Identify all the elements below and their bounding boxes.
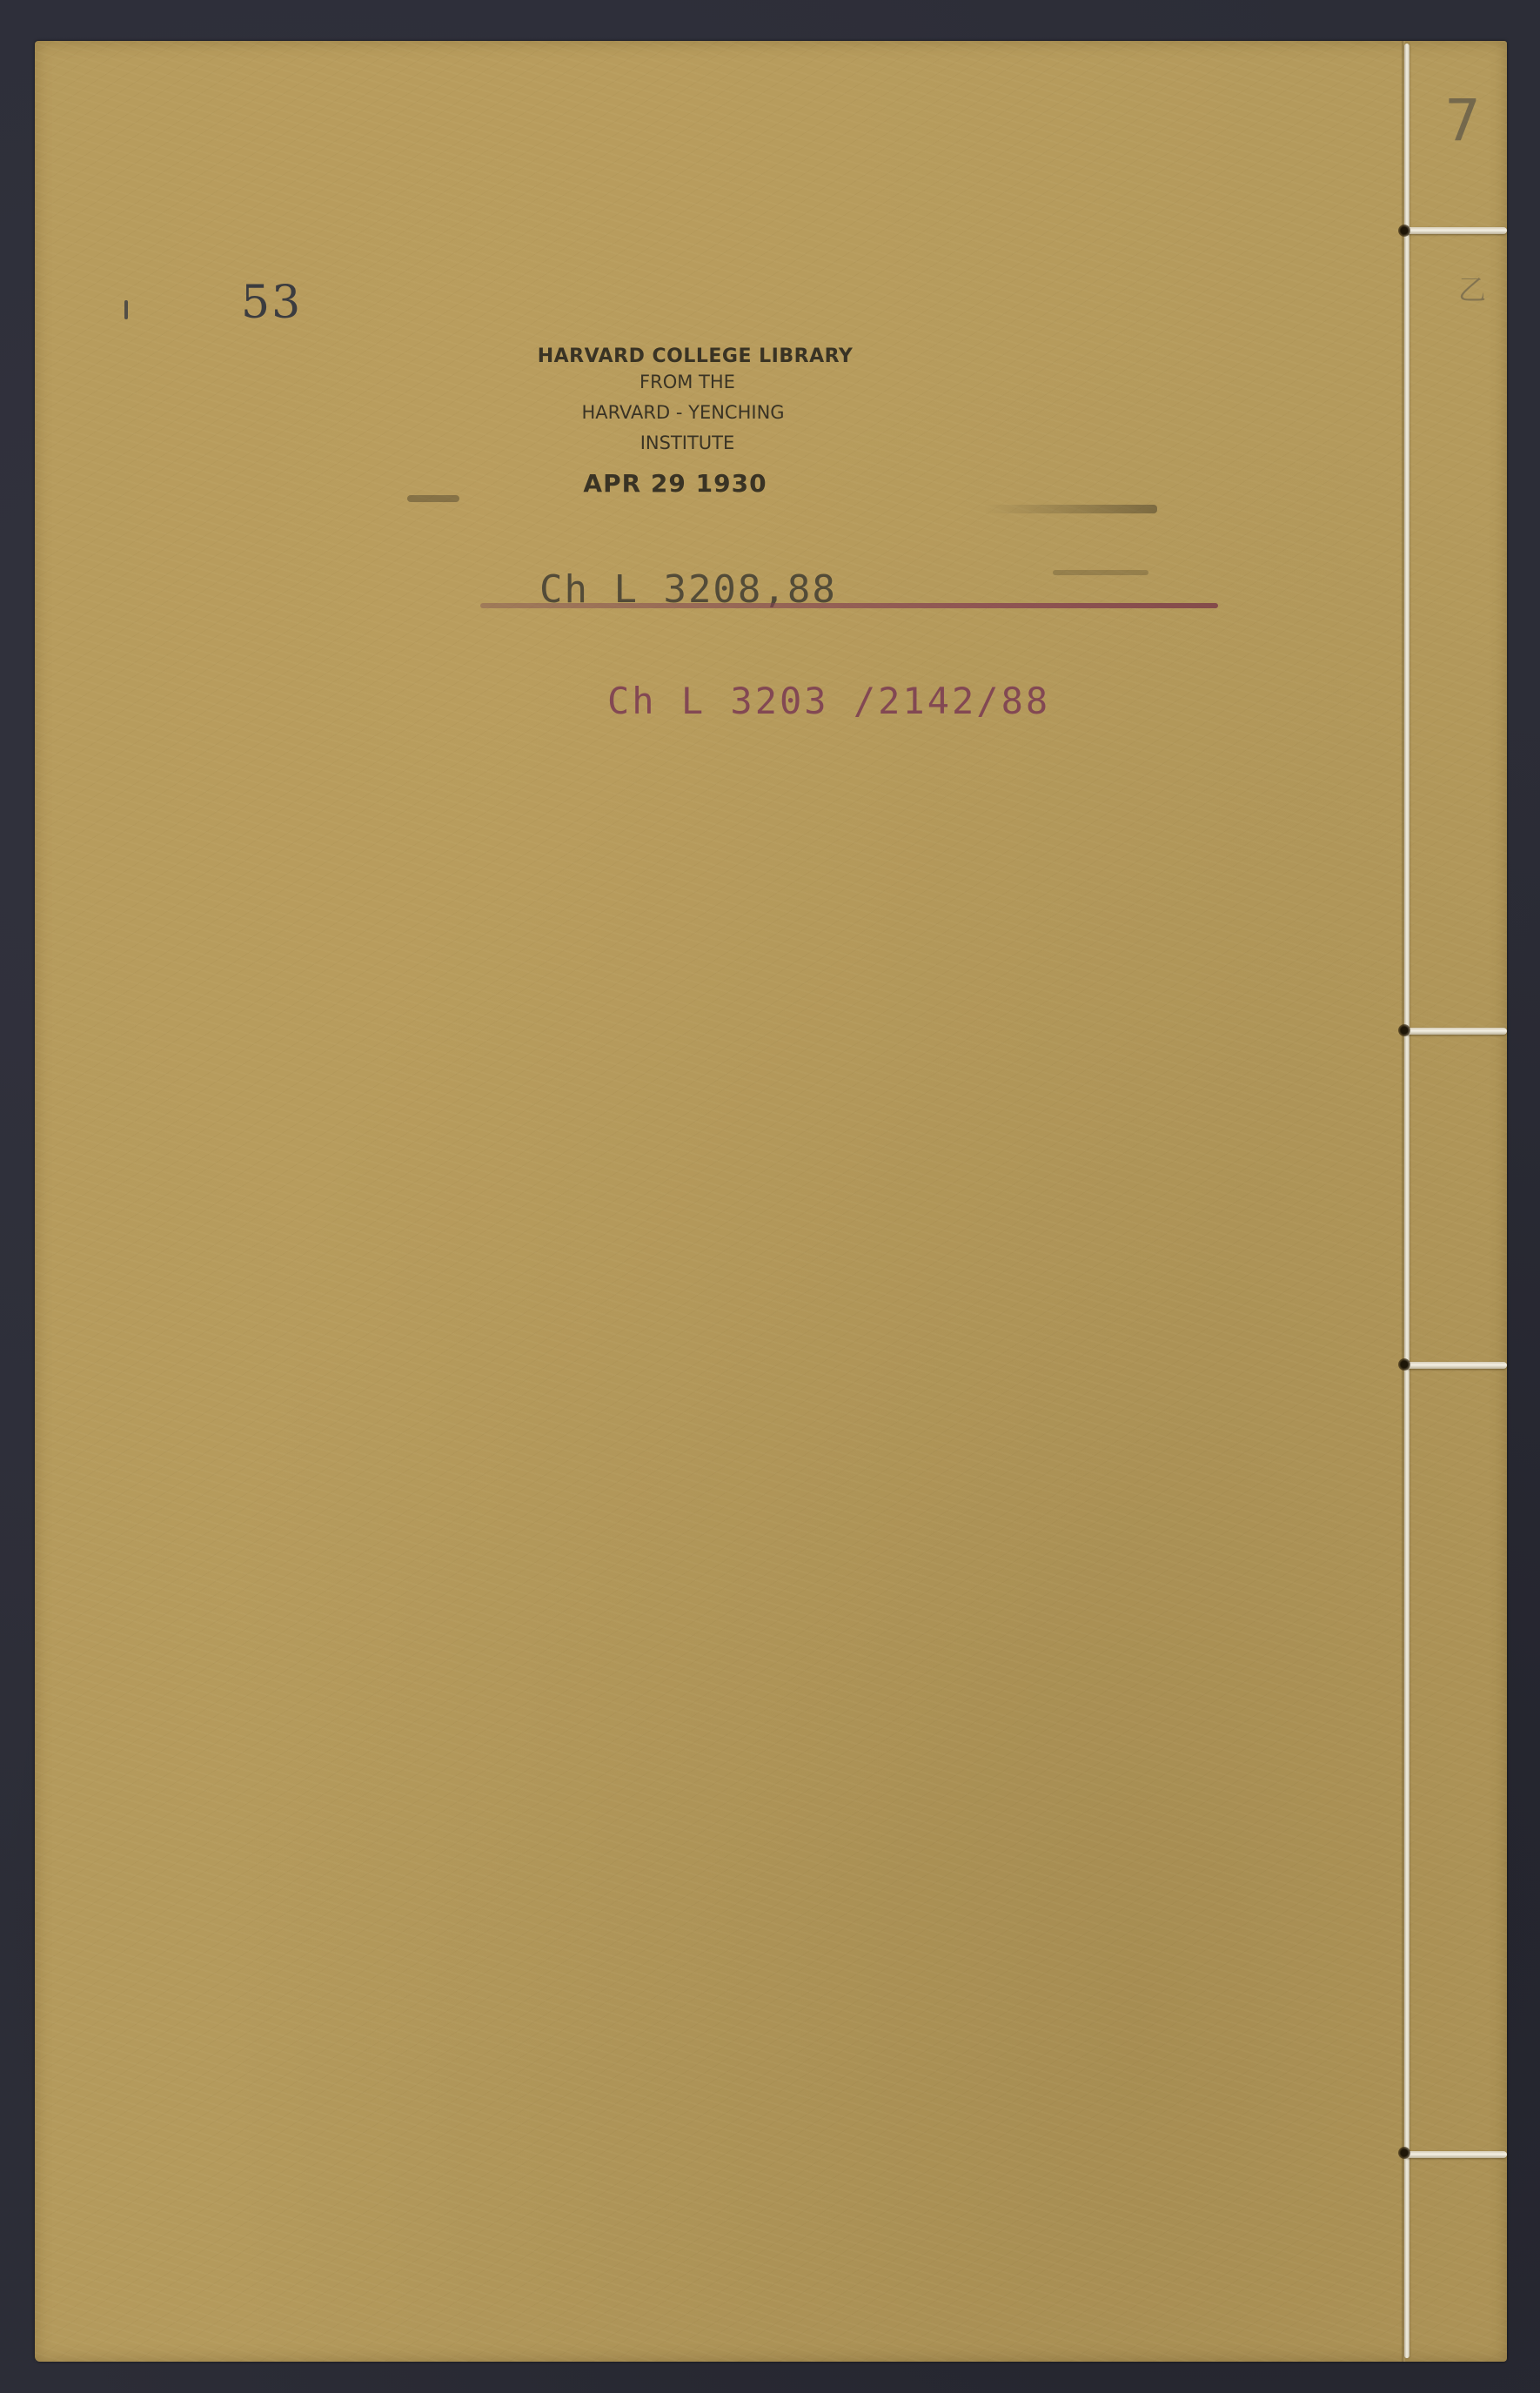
binding-stitch — [1404, 1028, 1507, 1035]
stitch-hole — [1398, 225, 1410, 237]
stamp-line-1: HARVARD COLLEGE LIBRARY — [529, 345, 861, 367]
library-stamp: HARVARD COLLEGE LIBRARY FROM THE HARVARD… — [513, 345, 861, 498]
strike-through-line — [480, 603, 1218, 608]
stitch-hole — [1398, 2147, 1410, 2159]
stamp-line-4: INSTITUTE — [513, 428, 861, 459]
ink-smudge — [1053, 570, 1148, 575]
binding-stitch — [1404, 227, 1507, 234]
binding-thread — [1404, 44, 1409, 2358]
binding-stitch — [1404, 1362, 1507, 1369]
stamp-line-2: FROM THE — [513, 367, 861, 398]
stitch-hole — [1398, 1024, 1410, 1036]
spine-pencil-mark: 乙 — [1458, 268, 1486, 308]
new-call-number: Ch L 3203 /2142/88 — [607, 680, 1050, 722]
ink-smudge — [407, 495, 459, 502]
stitch-hole — [1398, 1358, 1410, 1371]
shelf-number: 53 — [241, 277, 302, 329]
stamp-line-3: HARVARD - YENCHING — [505, 398, 861, 428]
spine-volume-number: 7 — [1444, 87, 1481, 154]
stray-ink-mark — [124, 300, 128, 319]
stamp-date: APR 29 1930 — [489, 469, 861, 498]
ink-smudge — [983, 505, 1157, 513]
binding-stitch — [1404, 2151, 1507, 2158]
